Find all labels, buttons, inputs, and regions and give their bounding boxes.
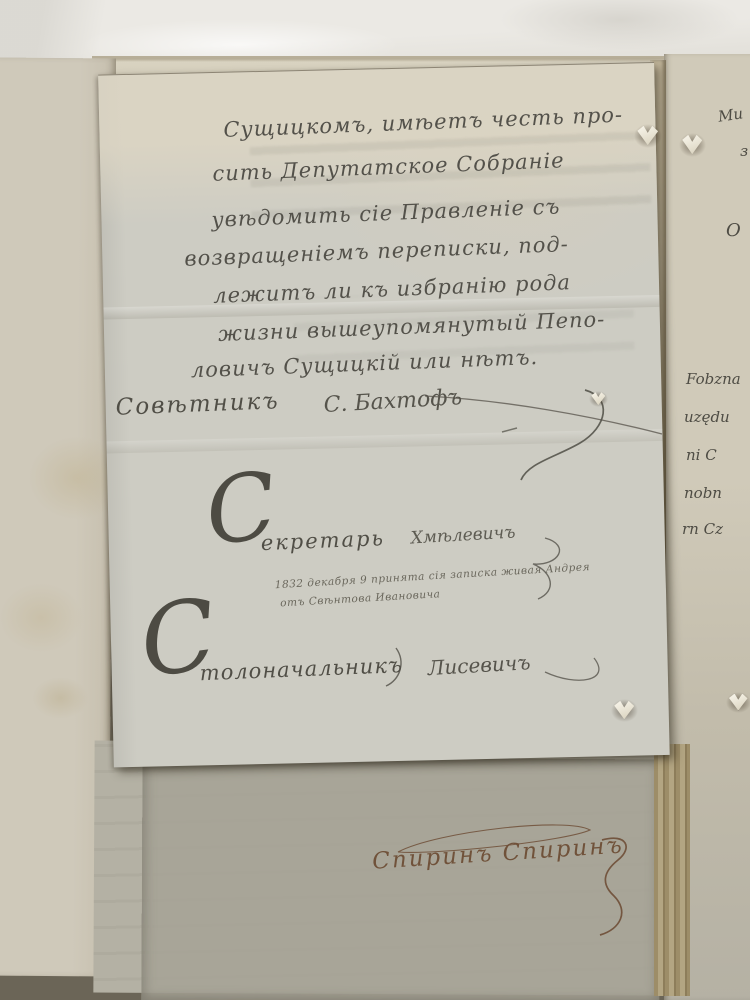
clerk-title: толоначальникъ — [199, 653, 403, 685]
stacked-page-edges — [654, 744, 690, 996]
registry-note-line: отъ Свѣнтова Ивановича — [280, 588, 441, 609]
lower-underlying-page: Спиринъ Спиринъ — [93, 741, 656, 996]
right-page-text-fragment: з — [740, 142, 748, 160]
handwritten-line: возвращеніемъ переписки, под- — [184, 232, 569, 271]
right-page-text-fragment: nobn — [684, 484, 722, 502]
advisor-signature: С. Бахтофъ — [323, 385, 463, 418]
advisor-title: Совѣтникъ — [115, 388, 280, 421]
document-sheet: Сущицкомъ, имѣетъ честь про- сить Депута… — [98, 62, 670, 767]
paper-crease — [106, 429, 662, 454]
secretary-title: екретарь — [260, 526, 385, 555]
secretary-signature: Хмѣлевичъ — [410, 522, 516, 548]
right-page-text-fragment: Ми — [717, 104, 744, 125]
right-page-text-fragment: uzędu — [684, 408, 730, 426]
right-page-text-fragment: rn Cz — [682, 520, 723, 538]
page-discoloration-stain — [141, 757, 660, 1000]
pin-hole-tear — [679, 133, 706, 157]
right-page-text-fragment: О — [726, 220, 741, 241]
pin-hole-tear — [634, 124, 662, 148]
pin-hole-tear — [611, 699, 638, 722]
pin-hole-tear — [726, 692, 750, 713]
clerk-signature: Лисевичъ — [427, 650, 531, 680]
archive-photo-scene: Спиринъ Спиринъ Ми з О Fobzna uzędu ni C… — [0, 0, 750, 1000]
pin-hole-tear — [589, 391, 608, 407]
right-page-text-fragment: ni C — [686, 446, 717, 464]
registry-note-line: 1832 декабря 9 принята сія записка живая… — [275, 561, 591, 591]
right-page-text-fragment: Fobzna — [686, 370, 741, 388]
